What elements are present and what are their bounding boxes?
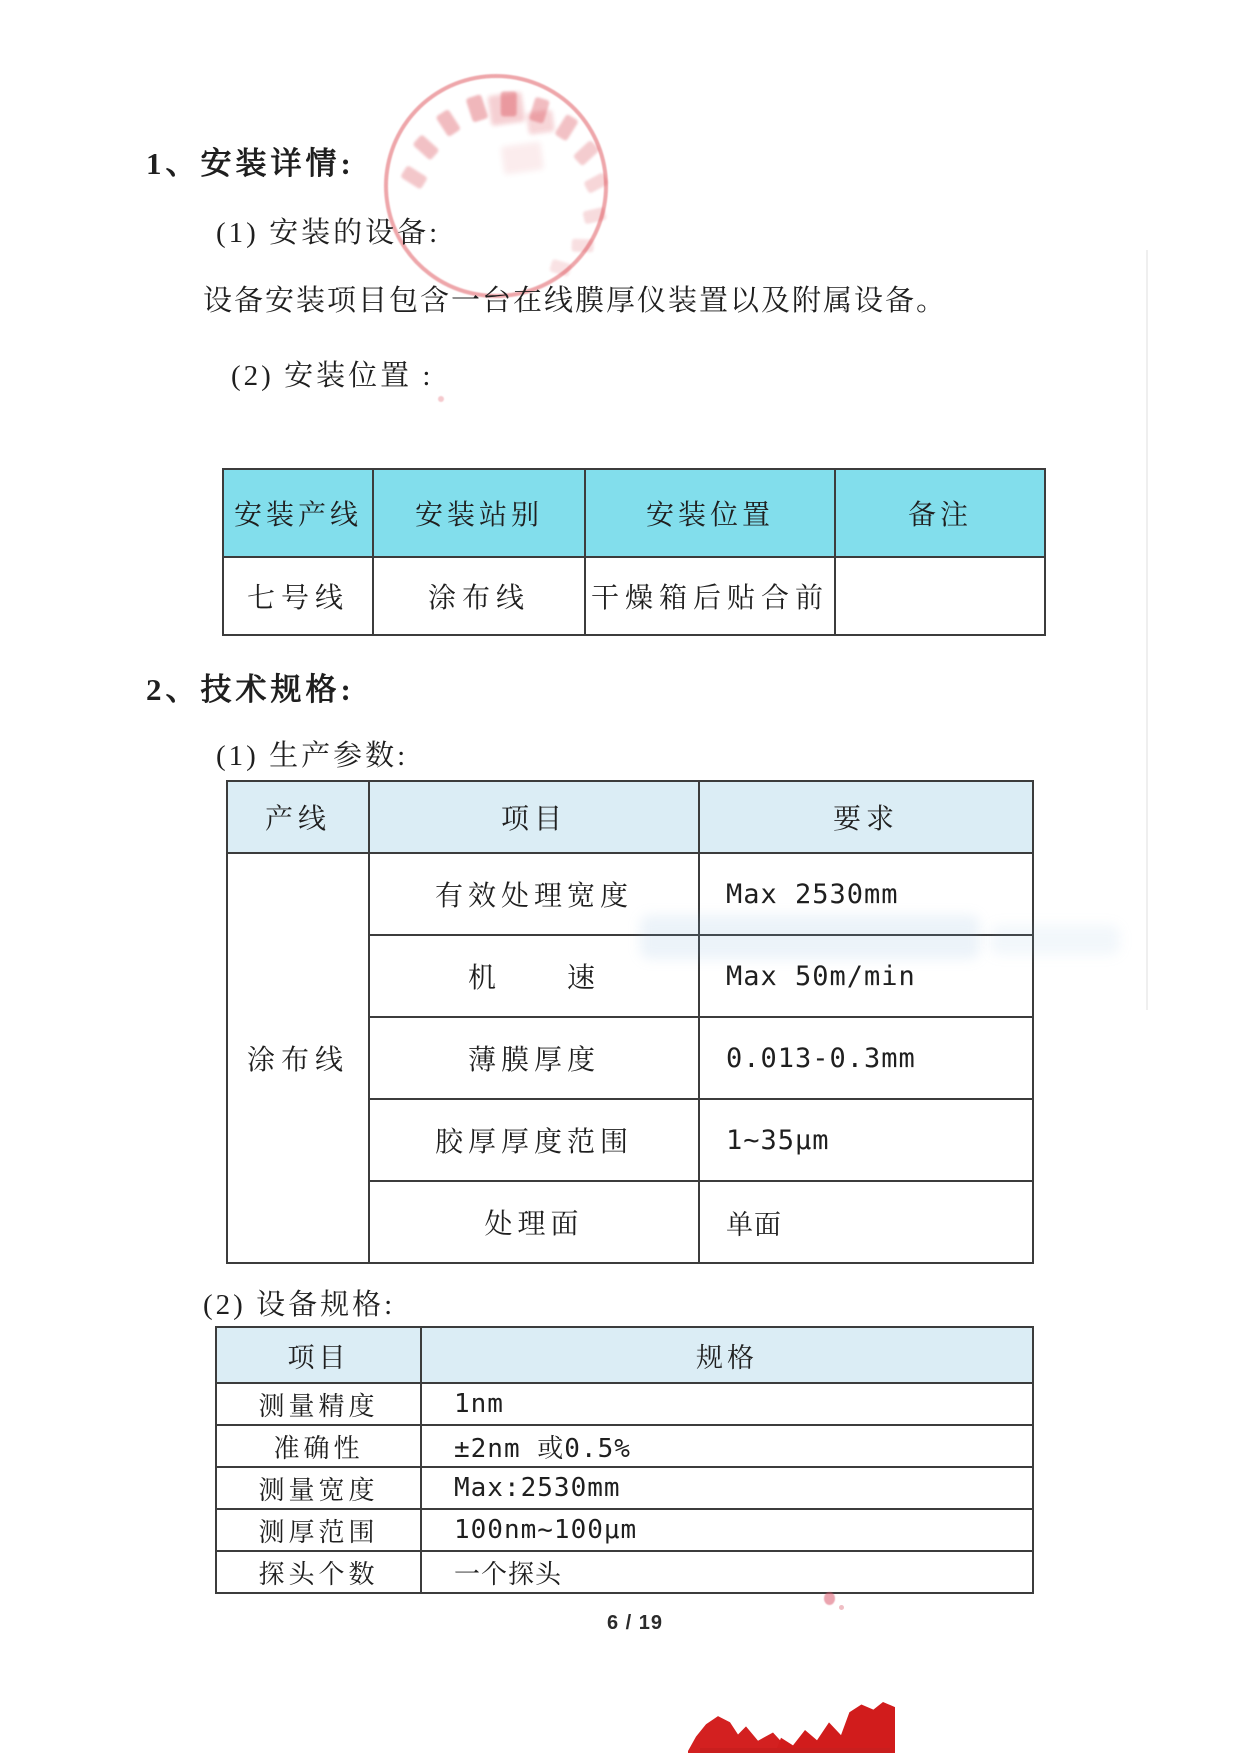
red-speck <box>839 1605 844 1610</box>
table-header-cell: 产线 <box>227 781 369 853</box>
table-row: 测量宽度 Max:2530mm <box>216 1467 1033 1509</box>
table-cell: 单面 <box>699 1181 1033 1263</box>
table-row: 七号线 涂布线 干燥箱后贴合前 <box>223 557 1045 635</box>
seal-mark <box>571 239 593 253</box>
red-speck <box>824 1592 835 1605</box>
table-row: 探头个数 一个探头 <box>216 1551 1033 1593</box>
table-cell: 七号线 <box>223 557 373 635</box>
red-ink-blob <box>700 1748 890 1753</box>
table-header-row: 产线 项目 要求 <box>227 781 1033 853</box>
table-header-row: 项目 规格 <box>216 1327 1033 1383</box>
table-cell: 处理面 <box>369 1181 699 1263</box>
table-header-cell: 安装站别 <box>373 469 585 557</box>
table-cell: 探头个数 <box>216 1551 421 1593</box>
table-cell: Max:2530mm <box>421 1467 1033 1509</box>
red-seal-stamp <box>370 60 623 313</box>
seal-mark <box>487 92 525 126</box>
table-cell: 100nm~100μm <box>421 1509 1033 1551</box>
table-cell: 准确性 <box>216 1425 421 1467</box>
section-2-title: 2、技术规格: <box>146 664 355 709</box>
seal-mark <box>435 109 461 137</box>
bleed-through-artifact <box>990 925 1120 955</box>
bleed-through-artifact <box>640 915 980 959</box>
table-cell: 1nm <box>421 1383 1033 1425</box>
seal-mark <box>412 134 439 160</box>
install-location-table: 安装产线 安装站别 安装位置 备注 七号线 涂布线 干燥箱后贴合前 <box>222 468 1046 636</box>
seal-mark <box>583 172 609 194</box>
seal-mark <box>554 114 579 142</box>
table-header-cell: 项目 <box>369 781 699 853</box>
section-1-item-1: (1) 安装的设备: <box>216 210 440 251</box>
seal-mark <box>466 94 489 123</box>
seal-mark <box>582 207 606 225</box>
table-row: 测厚范围 100nm~100μm <box>216 1509 1033 1551</box>
table-header-cell: 安装产线 <box>223 469 373 557</box>
seal-mark <box>549 259 572 277</box>
document-page: 1、安装详情: (1) 安装的设备: 设备安装项目包含一台在线膜厚仪装置以及附属… <box>0 0 1240 1753</box>
table-cell: 测量宽度 <box>216 1467 421 1509</box>
table-row: 测量精度 1nm <box>216 1383 1033 1425</box>
table-header-cell: 项目 <box>216 1327 421 1383</box>
seal-mark <box>400 165 428 190</box>
table-cell: 胶厚厚度范围 <box>369 1099 699 1181</box>
table-cell: 一个探头 <box>421 1551 1033 1593</box>
red-ink-blob <box>775 1702 895 1753</box>
seal-mark <box>501 141 545 174</box>
table-cell: 测厚范围 <box>216 1509 421 1551</box>
section-2-item-1: (1) 生产参数: <box>216 733 408 774</box>
equipment-specs-table: 项目 规格 测量精度 1nm 准确性 ±2nm 或0.5% 测量宽度 Max:2… <box>215 1326 1034 1594</box>
table-cell: 干燥箱后贴合前 <box>585 557 835 635</box>
production-params-table: 产线 项目 要求 涂布线 有效处理宽度 Max 2530mm 机 速 Max 5… <box>226 780 1034 1264</box>
table-cell <box>835 557 1045 635</box>
table-header-cell: 备注 <box>835 469 1045 557</box>
table-header-row: 安装产线 安装站别 安装位置 备注 <box>223 469 1045 557</box>
section-1-title: 1、安装详情: <box>146 138 355 183</box>
table-cell: 测量精度 <box>216 1383 421 1425</box>
seal-mark <box>573 140 600 167</box>
table-cell: 薄膜厚度 <box>369 1017 699 1099</box>
seal-mark <box>526 109 555 134</box>
table-cell: ±2nm 或0.5% <box>421 1425 1033 1467</box>
red-speck <box>438 396 444 402</box>
section-1-item-2: (2) 安装位置 : <box>231 353 433 394</box>
table-cell: 0.013-0.3mm <box>699 1017 1033 1099</box>
table-header-cell: 规格 <box>421 1327 1033 1383</box>
equipment-description-paragraph: 设备安装项目包含一台在线膜厚仪装置以及附属设备。 <box>203 278 947 319</box>
section-2-item-2: (2) 设备规格: <box>203 1282 395 1323</box>
table-cell: 涂布线 <box>373 557 585 635</box>
table-cell-merged-line: 涂布线 <box>227 853 369 1263</box>
scan-fold-line <box>1146 250 1148 1010</box>
page-number: 6 / 19 <box>575 1612 695 1635</box>
table-row: 准确性 ±2nm 或0.5% <box>216 1425 1033 1467</box>
table-header-cell: 安装位置 <box>585 469 835 557</box>
red-ink-blob <box>688 1712 788 1753</box>
table-cell: 1~35μm <box>699 1099 1033 1181</box>
table-header-cell: 要求 <box>699 781 1033 853</box>
